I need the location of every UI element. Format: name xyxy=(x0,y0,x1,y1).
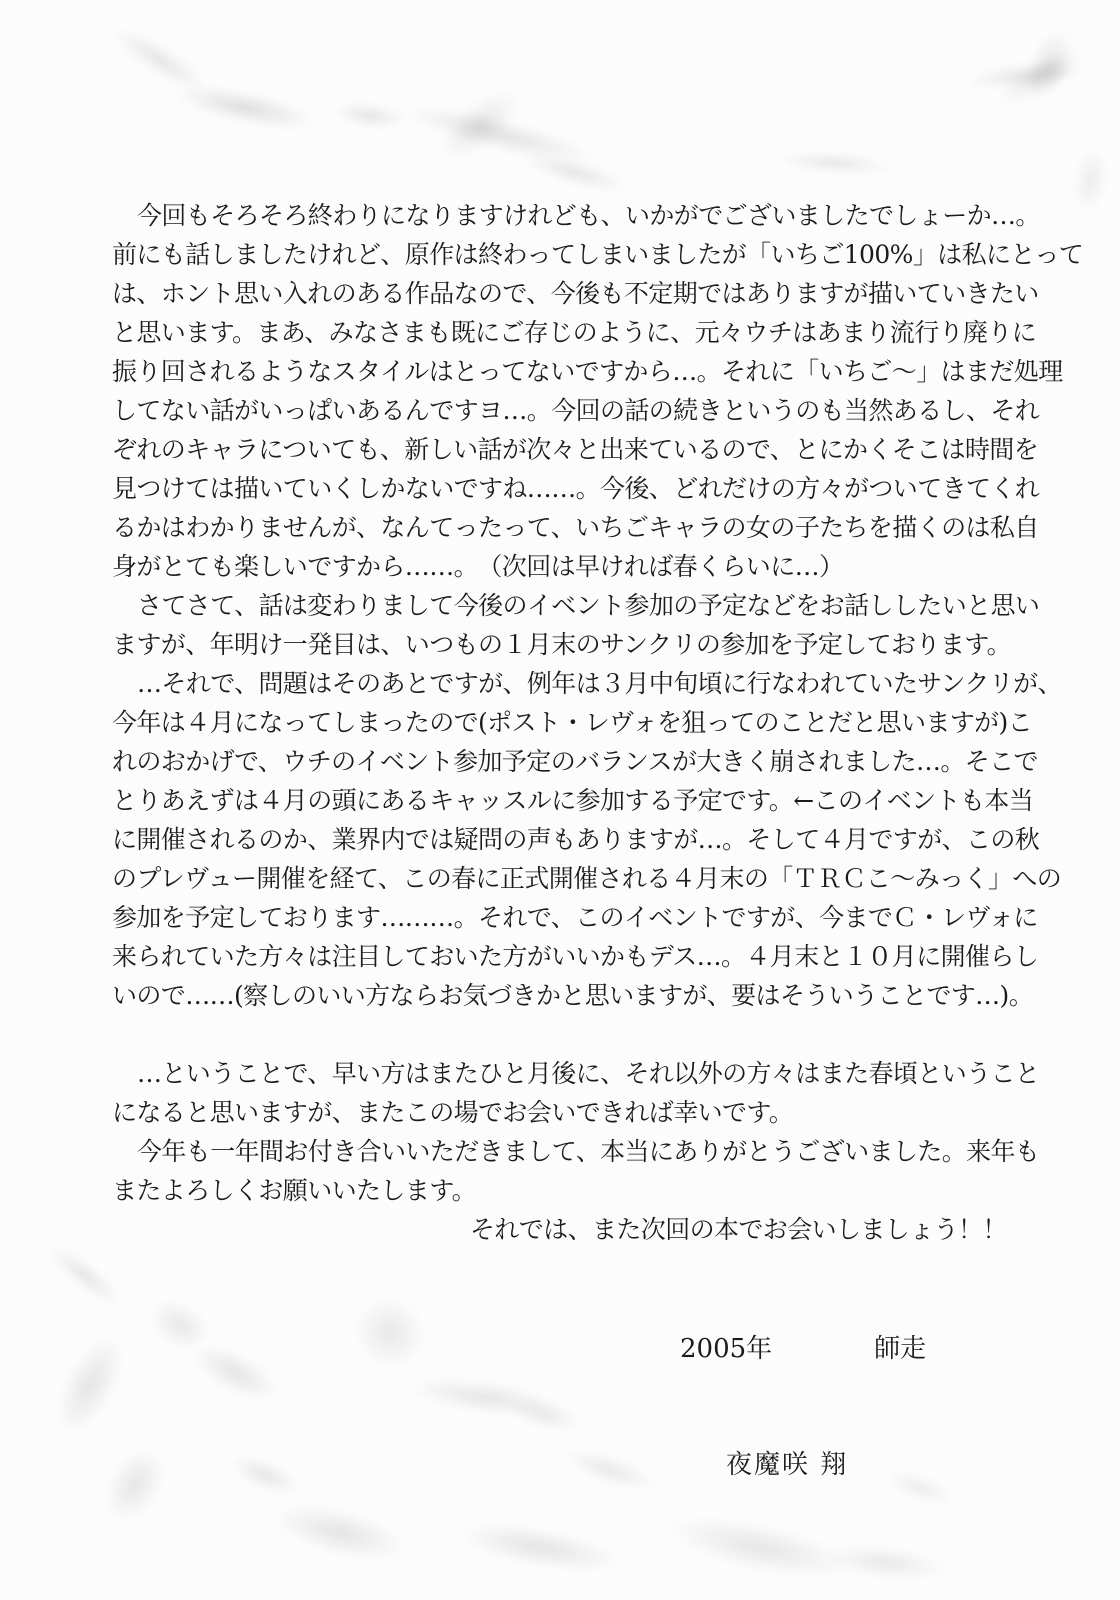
text-line: のプレヴュー開催を経て、この春に正式開催される４月末の「ＴＲＣこ〜みっく」への xyxy=(112,859,1072,898)
scan-smudge xyxy=(492,1383,599,1446)
text-line: 前にも話しましたけれど、原作は終わってしまいましたが「いちご100%」は私にとっ… xyxy=(112,235,1072,274)
scan-smudge xyxy=(24,1302,156,1467)
scan-smudge xyxy=(240,1478,440,1587)
text-line: 来られていた方々は注目しておいた方がいいかもデス…。４月末と１０月に開催らし xyxy=(112,937,1072,976)
scanned-afterword-page: 今回もそろそろ終わりになりますけれども、いかがでございましたでしょーか…。前にも… xyxy=(0,0,1120,1600)
paragraph: …ということで、早い方はまたひと月後に、それ以外の方々はまた春頃ということになる… xyxy=(112,1054,1072,1132)
scan-smudge xyxy=(86,3,234,116)
text-line: 今年も一年間お付き合いいただきまして、本当にありがとうございました。来年も xyxy=(112,1132,1072,1171)
scan-smudge xyxy=(972,26,1107,130)
scan-smudge xyxy=(542,1431,678,1509)
text-line: ますが、年明け一発目は、いつもの１月末のサンクリの参加を予定しております。 xyxy=(112,625,1072,664)
colophon-month: 師走 xyxy=(874,1334,926,1364)
scan-smudge xyxy=(798,1531,972,1594)
text-line: してない話がいっぱいあるんですヨ…。今回の話の続きというのも当然あるし、それ xyxy=(112,391,1072,430)
text-line: 今年は４月になってしまったので(ポスト・レヴォを狙ってのことだと思いますが)こ xyxy=(112,703,1072,742)
colophon-year: 2005年 xyxy=(680,1334,772,1364)
scan-smudge xyxy=(76,1420,194,1550)
scan-smudge xyxy=(364,80,637,189)
text-line: 今回もそろそろ終わりになりますけれども、いかがでございましたでしょーか…。 xyxy=(112,196,1072,235)
text-line: 身がとても楽しいですから……。 （次回は早ければ春くらいに…） xyxy=(112,547,1072,586)
text-line: に開催されるのか、業界内では疑問の声もありますが…。そして４月ですが、この秋 xyxy=(112,820,1072,859)
author-signature: 夜魔咲 翔 xyxy=(726,1444,848,1481)
text-line: 振り回されるようなスタイルはとってないですから…。それに「いちご〜」はまだ処理 xyxy=(112,352,1072,391)
text-line: と思います。まあ、みなさまも既にご存じのように、元々ウチはあまり流行り廃りに xyxy=(112,313,1072,352)
scan-smudge xyxy=(378,1361,592,1435)
text-line: は、ホント思い入れのある作品なので、今後も不定期ではありますが描いていきたい xyxy=(112,274,1072,313)
scan-smudge xyxy=(1003,7,1096,122)
text-line: さてさて、話は変わりまして今後のイベント参加の予定などをお話ししたいと思い xyxy=(112,586,1072,625)
scan-smudge xyxy=(321,1264,459,1401)
paragraph: …それで、問題はそのあとですが、例年は３月中旬頃に行なわれていたサンクリが、今年… xyxy=(112,664,1072,1015)
text-line: 見つけては描いていくしかないですね……。今後、どれだけの方々がついてきてくれ xyxy=(112,469,1072,508)
scan-smudge xyxy=(165,1318,306,1428)
text-line: いので……(察しのいい方ならお気づきかと思いますが、要はそういうことです…)。 xyxy=(112,976,1072,1015)
text-line: になると思いますが、またこの場でお会いできれば幸いです。 xyxy=(112,1093,1072,1132)
scan-smudge xyxy=(318,91,422,140)
scan-smudge xyxy=(944,50,1107,102)
text-line: 参加を予定しております………。それで、このイベントですが、今までＣ・レヴォに xyxy=(112,898,1072,937)
scan-smudge xyxy=(126,1277,234,1374)
scan-smudge xyxy=(211,1438,319,1513)
paragraph: 今回もそろそろ終わりになりますけれども、いかがでございましたでしょーか…。前にも… xyxy=(112,196,1072,586)
text-line: るかはわかりませんが、なんてったって、いちごキャラの女の子たちを描くのは私自 xyxy=(112,508,1072,547)
scan-smudge xyxy=(754,142,916,183)
text-line: それでは、また次回の本でお会いしましょう！！ xyxy=(112,1210,1072,1249)
paragraph: 今年も一年間お付き合いいただきまして、本当にありがとうございました。来年もまたよ… xyxy=(112,1132,1072,1210)
text-line: …それで、問題はそのあとですが、例年は３月中旬頃に行なわれていたサンクリが、 xyxy=(112,664,1072,703)
text-line: とりあえずは４月の頭にあるキャッスルに参加する予定です。←このイベントも本当 xyxy=(112,781,1072,820)
text-line: ぞれのキャラについても、新しい話が次々と出来ているので、とにかくそこは時間を xyxy=(112,430,1072,469)
paragraph: さてさて、話は変わりまして今後のイベント参加の予定などをお話ししたいと思いますが… xyxy=(112,586,1072,664)
scan-smudge xyxy=(422,1500,658,1594)
scan-smudge xyxy=(410,61,549,188)
scan-smudge xyxy=(626,1489,894,1600)
text-line: れのおかげで、ウチのイベント参加予定のバランスが大きく崩されました…。そこで xyxy=(112,742,1072,781)
text-line: またよろしくお願いいたします。 xyxy=(112,1171,1072,1210)
text-line: …ということで、早い方はまたひと月後に、それ以外の方々はまた春頃ということ xyxy=(112,1054,1072,1093)
scan-smudge xyxy=(143,65,348,151)
scan-smudge xyxy=(867,1454,973,1521)
afterword-body: 今回もそろそろ終わりになりますけれども、いかがでございましたでしょーか…。前にも… xyxy=(112,196,1072,1249)
colophon-date: 2005年師走 xyxy=(680,1328,926,1365)
paragraph: それでは、また次回の本でお会いしましょう！！ xyxy=(112,1210,1072,1249)
